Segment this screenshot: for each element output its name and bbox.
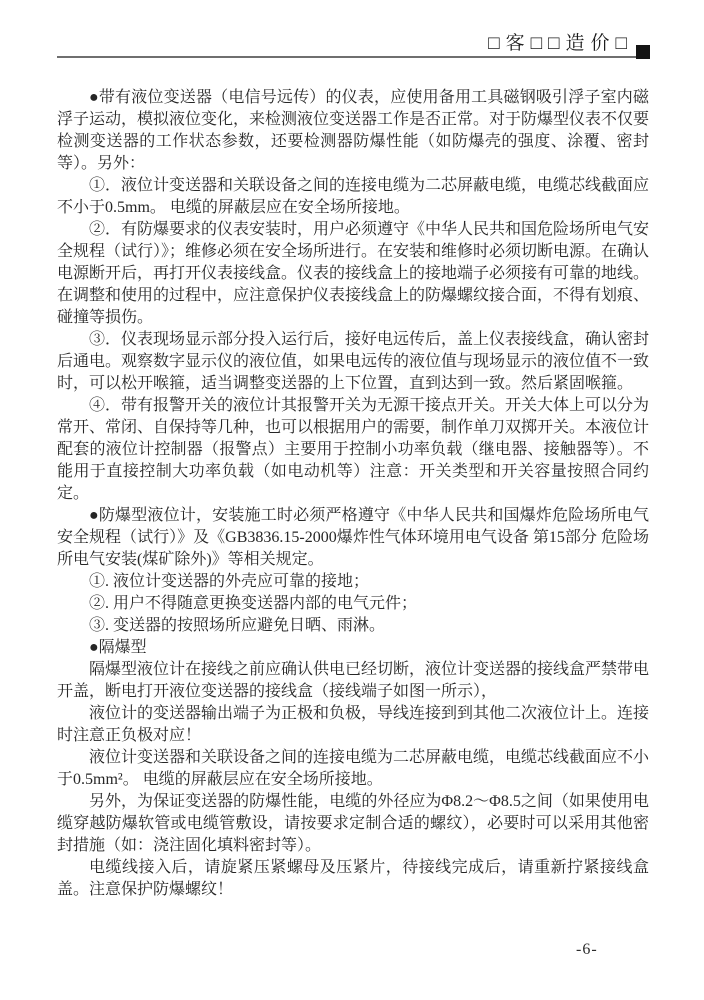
header-title: □客□□造价□: [488, 34, 633, 53]
paragraph-cable-diameter: 另外，为保证变送器的防爆性能，电缆的外径应为Φ8.2～Φ8.5之间（如果使用电缆…: [57, 791, 649, 857]
document-body: ●带有液位变送器（电信号远传）的仪表，应使用备用工具磁钢吸引浮子室内磁浮子运动，…: [57, 87, 649, 901]
header-accent-square-icon: [636, 45, 650, 59]
paragraph-intro: ●带有液位变送器（电信号远传）的仪表，应使用备用工具磁钢吸引浮子室内磁浮子运动，…: [57, 87, 649, 175]
paragraph-rule-3: ③. 变送器的按照场所应避免日晒、雨淋。: [57, 615, 649, 637]
paragraph-cable: 液位计变送器和关联设备之间的连接电缆为二芯屏蔽电缆，电缆芯线截面应不小于0.5m…: [57, 747, 649, 791]
header-rule: [57, 56, 650, 58]
paragraph-explosion-proof: ●防爆型液位计，安装施工时必须严格遵守《中华人民共和国爆炸危险场所电气安全规程（…: [57, 505, 649, 571]
paragraph-item-3: ③．仪表现场显示部分投入运行后，接好电远传后，盖上仪表接线盒，确认密封后通电。观…: [57, 329, 649, 395]
paragraph-item-1: ①．液位计变送器和关联设备之间的连接电缆为二芯屏蔽电缆，电缆芯线截面应不小于0.…: [57, 175, 649, 219]
paragraph-flameproof-2: 液位计的变送器输出端子为正极和负极，导线连接到到其他二次液位计上。连接时注意正负…: [57, 703, 649, 747]
paragraph-rule-2: ②. 用户不得随意更换变送器内部的电气元件；: [57, 593, 649, 615]
paragraph-item-2: ②．有防爆要求的仪表安装时，用户必须遵守《中华人民共和国危险场所电气安全规程（试…: [57, 219, 649, 329]
paragraph-item-4: ④．带有报警开关的液位计其报警开关为无源干接点开关。开关大体上可以分为常开、常闭…: [57, 395, 649, 505]
paragraph-flameproof-title: ●隔爆型: [57, 637, 649, 659]
document-page: □客□□造价□ ●带有液位变送器（电信号远传）的仪表，应使用备用工具磁钢吸引浮子…: [0, 0, 704, 1000]
paragraph-rule-1: ①. 液位计变送器的外壳应可靠的接地；: [57, 571, 649, 593]
paragraph-closing: 电缆线接入后，请旋紧压紧螺母及压紧片，待接线完成后，请重新拧紧接线盒盖。注意保护…: [57, 857, 649, 901]
page-number: -6-: [576, 941, 598, 959]
paragraph-flameproof-1: 隔爆型液位计在接线之前应确认供电已经切断，液位计变送器的接线盒严禁带电开盖，断电…: [57, 659, 649, 703]
